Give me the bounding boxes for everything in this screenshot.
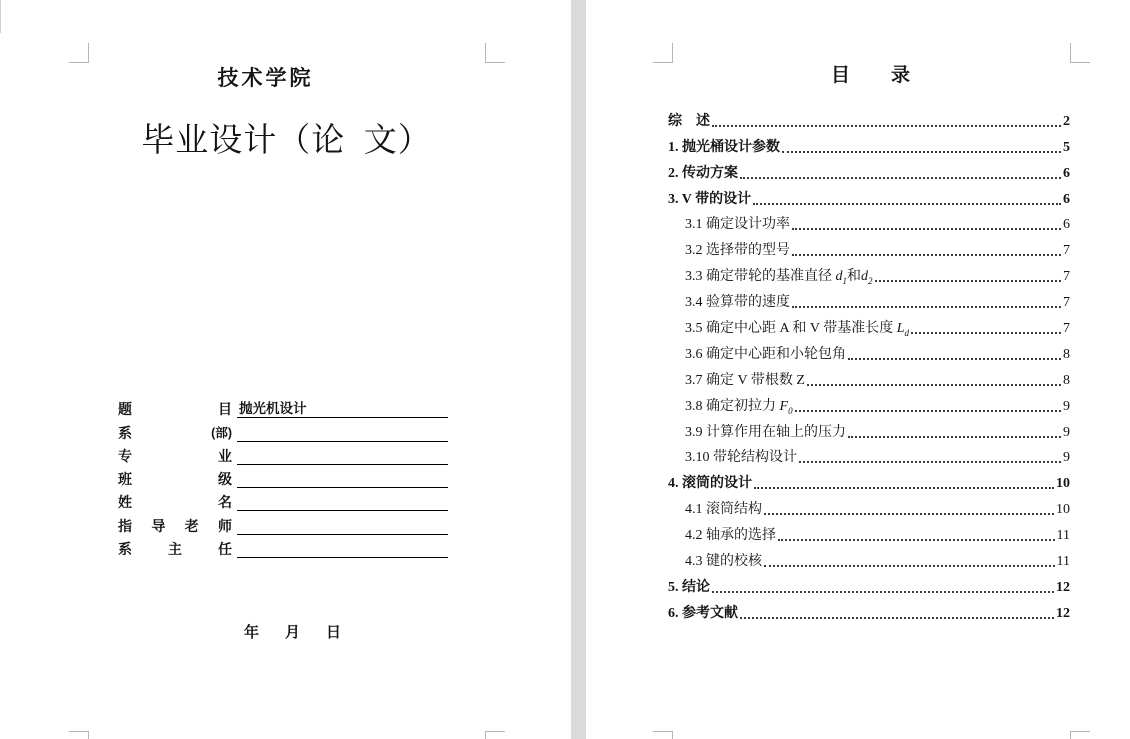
toc-entry[interactable]: 3.3 确定带轮的基准直径 d1和d27 <box>668 259 1070 285</box>
field-label-char: 系 <box>118 425 132 442</box>
field-value: 抛光机设计 <box>237 401 307 417</box>
toc-page-number: 10 <box>1056 475 1070 492</box>
field-label-char: 指 <box>118 518 132 535</box>
toc-dot-leader <box>792 306 1061 308</box>
toc-entry-label: 3. V 带的设计 <box>668 191 751 208</box>
toc-entry[interactable]: 3.10 带轮结构设计9 <box>668 441 1070 467</box>
toc-dot-leader <box>782 151 1061 153</box>
margin-crop-mark <box>1070 43 1090 63</box>
field-label-char: 任 <box>218 541 232 558</box>
toc-entry-label: 3.1 确定设计功率 <box>685 216 790 233</box>
field-row-advisor: 指 导 老 师 <box>118 511 448 534</box>
field-value-line[interactable] <box>237 441 448 465</box>
page-gutter <box>571 0 586 739</box>
field-value-line[interactable] <box>237 417 448 441</box>
toc-dot-leader <box>754 487 1054 489</box>
toc-page-number: 8 <box>1063 346 1070 363</box>
field-label-char: 师 <box>218 518 232 535</box>
field-label: 指 导 老 师 <box>118 518 232 535</box>
field-value-line[interactable]: 抛光机设计 <box>237 394 448 418</box>
margin-crop-mark <box>1070 731 1090 739</box>
field-label: 姓 名 <box>118 494 232 511</box>
field-label-char: 姓 <box>118 494 132 511</box>
cover-fields: 题 目 抛光机设计 系 (部) 专 业 班 级 <box>118 395 448 558</box>
field-label-char: 主 <box>168 541 182 558</box>
field-value-line[interactable] <box>237 487 448 511</box>
field-row-major: 专 业 <box>118 442 448 465</box>
field-label-char: 班 <box>118 471 132 488</box>
toc-entry-label: 3.5 确定中心距 A 和 V 带基准长度 Ld <box>685 320 909 337</box>
toc-page-number: 7 <box>1063 320 1070 337</box>
margin-crop-mark <box>69 731 89 739</box>
toc-dot-leader <box>807 384 1061 386</box>
toc-page-number: 8 <box>1063 372 1070 389</box>
toc-page-number: 6 <box>1063 191 1070 208</box>
thesis-title: 毕业设计（论 文） <box>73 114 500 161</box>
toc-entry[interactable]: 3. V 带的设计6 <box>668 182 1070 208</box>
field-label-char: 名 <box>218 494 232 511</box>
field-row-class: 班 级 <box>118 465 448 488</box>
field-label-char: 老 <box>185 518 199 535</box>
toc-page-number: 12 <box>1056 605 1070 622</box>
toc-dot-leader <box>712 125 1061 127</box>
toc-dot-leader <box>740 177 1061 179</box>
toc-entry[interactable]: 3.6 确定中心距和小轮包角8 <box>668 337 1070 363</box>
toc-entry-label: 3.8 确定初拉力 F0 <box>685 398 793 415</box>
field-label: 题 目 <box>118 401 232 418</box>
toc-page-number: 2 <box>1063 113 1070 130</box>
toc-entry[interactable]: 综 述2 <box>668 104 1070 130</box>
date-year-label: 年 <box>244 621 259 642</box>
date-line: 年 月 日 <box>88 621 485 642</box>
toc-dot-leader <box>712 591 1054 593</box>
toc-entry-label: 4.3 键的校核 <box>685 553 762 570</box>
field-label: 班 级 <box>118 471 232 488</box>
toc-dot-leader <box>875 280 1062 282</box>
toc-entry[interactable]: 6. 参考文献12 <box>668 596 1070 622</box>
margin-crop-mark <box>69 43 89 63</box>
toc-page-number: 9 <box>1063 424 1070 441</box>
field-row-dean: 系 主 任 <box>118 535 448 558</box>
toc-entry[interactable]: 1. 抛光桶设计参数5 <box>668 130 1070 156</box>
toc-page-number: 9 <box>1063 398 1070 415</box>
toc-page-number: 6 <box>1063 165 1070 182</box>
field-label: 专 业 <box>118 448 232 465</box>
toc-entry[interactable]: 3.7 确定 V 带根数 Z8 <box>668 363 1070 389</box>
field-label-char: 系 <box>118 541 132 558</box>
toc-dot-leader <box>792 228 1061 230</box>
toc-dot-leader <box>911 332 1061 334</box>
toc-entry[interactable]: 2. 传动方案6 <box>668 156 1070 182</box>
toc-entry-label: 3.4 验算带的速度 <box>685 294 790 311</box>
toc-dot-leader <box>764 565 1055 567</box>
toc-dot-leader <box>795 410 1061 412</box>
toc-page-number: 12 <box>1056 579 1070 596</box>
margin-crop-mark <box>653 731 673 739</box>
field-label-char: 专 <box>118 448 132 465</box>
toc-page-number: 7 <box>1063 268 1070 285</box>
toc-entry-label: 3.9 计算作用在轴上的压力 <box>685 424 846 441</box>
school-title: 技术学院 <box>88 62 485 92</box>
toc-dot-leader <box>848 358 1061 360</box>
field-row-title: 题 目 抛光机设计 <box>118 395 448 418</box>
toc-entry[interactable]: 4.2 轴承的选择11 <box>668 518 1070 544</box>
field-value-line[interactable] <box>237 510 448 534</box>
toc-entry[interactable]: 5. 结论12 <box>668 570 1070 596</box>
field-label-char: 题 <box>118 401 132 418</box>
toc-entry-label: 3.6 确定中心距和小轮包角 <box>685 346 846 363</box>
toc-entry[interactable]: 4.1 滚筒结构10 <box>668 492 1070 518</box>
toc-title: 目 录 <box>672 60 1070 87</box>
toc-entry[interactable]: 3.4 验算带的速度7 <box>668 285 1070 311</box>
toc-entry[interactable]: 3.1 确定设计功率6 <box>668 208 1070 234</box>
toc-entry-label: 6. 参考文献 <box>668 605 738 622</box>
field-label-char: 目 <box>218 401 232 418</box>
toc-entry-label: 4.2 轴承的选择 <box>685 527 776 544</box>
toc-dot-leader <box>740 617 1054 619</box>
date-day-label: 日 <box>326 621 341 642</box>
toc-page-number: 6 <box>1063 216 1070 233</box>
toc-entry[interactable]: 3.5 确定中心距 A 和 V 带基准长度 Ld7 <box>668 311 1070 337</box>
toc-dot-leader <box>778 539 1055 541</box>
toc-dot-leader <box>848 436 1061 438</box>
field-row-name: 姓 名 <box>118 488 448 511</box>
toc-entry-label: 4. 滚筒的设计 <box>668 475 752 492</box>
field-label: 系 主 任 <box>118 541 232 558</box>
toc-entry-label: 2. 传动方案 <box>668 165 738 182</box>
toc-entry-label: 1. 抛光桶设计参数 <box>668 139 780 156</box>
toc-entry-label: 综 述 <box>668 113 710 130</box>
toc-page-number: 11 <box>1057 553 1070 570</box>
toc-entry-label: 4.1 滚筒结构 <box>685 501 762 518</box>
toc-entry-label: 3.3 确定带轮的基准直径 d1和d2 <box>685 268 873 285</box>
toc-dot-leader <box>799 461 1061 463</box>
field-label-char: 业 <box>218 448 232 465</box>
toc-page-number: 9 <box>1063 449 1070 466</box>
toc-entry[interactable]: 3.2 选择带的型号7 <box>668 233 1070 259</box>
toc-entry-label: 3.2 选择带的型号 <box>685 242 790 259</box>
toc-entry[interactable]: 4. 滚筒的设计10 <box>668 466 1070 492</box>
toc-entry[interactable]: 4.3 键的校核11 <box>668 544 1070 570</box>
toc-page-number: 7 <box>1063 242 1070 259</box>
field-label-char: 导 <box>151 518 165 535</box>
toc-entry-label: 3.7 确定 V 带根数 Z <box>685 372 805 389</box>
toc-page-number: 5 <box>1063 139 1070 156</box>
field-value-line[interactable] <box>237 534 448 558</box>
page-edge-line <box>0 0 1 33</box>
toc-entry-label: 3.10 带轮结构设计 <box>685 449 797 466</box>
date-month-label: 月 <box>285 621 300 642</box>
toc-dot-leader <box>792 254 1061 256</box>
toc-page-number: 11 <box>1057 527 1070 544</box>
toc-entry[interactable]: 3.8 确定初拉力 F09 <box>668 389 1070 415</box>
field-row-department: 系 (部) <box>118 418 448 441</box>
toc-dot-leader <box>753 203 1061 205</box>
field-label-char: 级 <box>218 471 232 488</box>
toc-entry[interactable]: 3.9 计算作用在轴上的压力9 <box>668 415 1070 441</box>
toc-entry-label: 5. 结论 <box>668 579 710 596</box>
field-label-char: (部) <box>211 425 232 442</box>
toc-page-number: 10 <box>1056 501 1070 518</box>
margin-crop-mark <box>485 731 505 739</box>
field-label: 系 (部) <box>118 425 232 442</box>
margin-crop-mark <box>653 43 673 63</box>
toc-page-number: 7 <box>1063 294 1070 311</box>
toc-list: 综 述21. 抛光桶设计参数52. 传动方案63. V 带的设计63.1 确定设… <box>668 104 1070 622</box>
toc-dot-leader <box>764 513 1054 515</box>
margin-crop-mark <box>485 43 505 63</box>
field-value-line[interactable] <box>237 464 448 488</box>
